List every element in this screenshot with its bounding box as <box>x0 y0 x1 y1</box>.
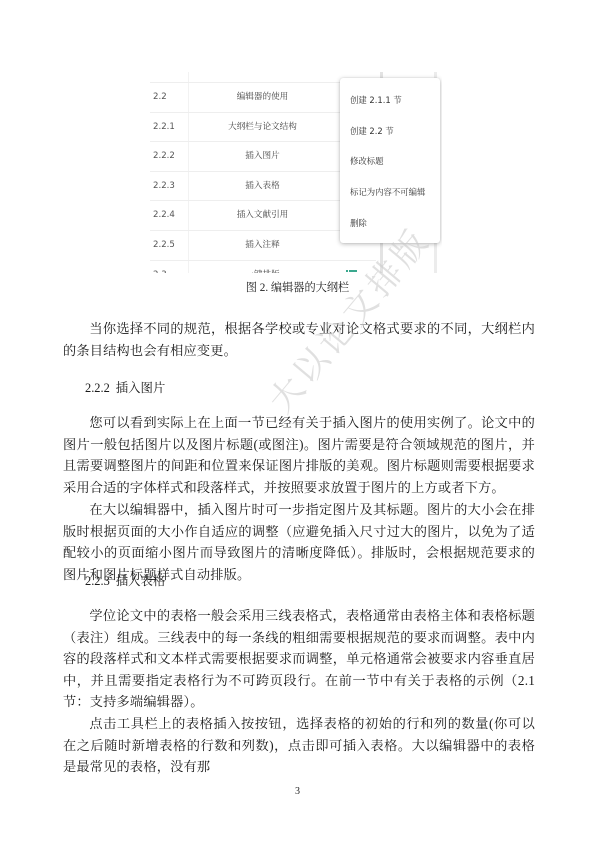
paragraph-table-insert: 点击工具栏上的表格插入按按钮，选择表格的初始的行和列的数量(你可以在之后随时新增… <box>63 713 535 778</box>
outline-row-number: 2.3 <box>153 261 167 273</box>
outline-row-number: 2.2.4 <box>153 201 175 230</box>
section-number: 2.2.2 <box>85 381 110 395</box>
outline-row-title: 编辑器的使用 <box>190 83 335 112</box>
outline-row-title: 插入文献引用 <box>190 201 335 230</box>
outline-row-number: 2.2.1 <box>153 113 175 142</box>
section-title: 插入表格 <box>116 574 166 588</box>
outline-row-title: 一键排版 <box>190 261 335 273</box>
outline-row-title: 插入图片 <box>190 142 335 171</box>
section-title: 插入图片 <box>116 381 166 395</box>
menu-item-delete[interactable]: 删除 <box>350 217 367 229</box>
outline-row[interactable]: 2.3 一键排版 <box>150 260 376 273</box>
outline-screenshot-figure: 2.2 编辑器的使用 2.2.1 大纲栏与论文结构 2.2.2 插入图片 2.2… <box>150 72 442 273</box>
menu-item-mark-readonly[interactable]: 标记为内容不可编辑 <box>350 186 425 198</box>
section-heading-2-2-3: 2.2.3插入表格 <box>85 571 165 589</box>
section-number: 2.2.3 <box>85 574 110 588</box>
paragraph-image-intro: 您可以看到实际上在上面一节已经有关于插入图片的使用实例了。论文中的图片一般包括图… <box>63 412 535 498</box>
menu-item-create-2-1-1[interactable]: 创建 2.1.1 节 <box>350 94 402 106</box>
outline-row-number: 2.2.3 <box>153 172 175 201</box>
section-heading-2-2-2: 2.2.2插入图片 <box>85 378 165 396</box>
list-icon[interactable] <box>346 270 357 273</box>
outline-row-title: 插入表格 <box>190 172 335 201</box>
menu-item-rename-title[interactable]: 修改标题 <box>350 155 384 167</box>
menu-item-create-2-2[interactable]: 创建 2.2 节 <box>350 125 394 137</box>
outline-row-title: 插入注释 <box>190 231 335 260</box>
outline-row-title: 大纲栏与论文结构 <box>190 113 335 142</box>
page-number: 3 <box>0 786 595 797</box>
outline-row-number: 2.2 <box>153 83 167 112</box>
paragraph-outline-change: 当你选择不同的规范，根据各学校或专业对论文格式要求的不同，大纲栏内的条目结构也会… <box>63 318 535 361</box>
outline-context-menu: 创建 2.1.1 节 创建 2.2 节 修改标题 标记为内容不可编辑 删除 <box>340 78 440 243</box>
outline-row-number: 2.2.5 <box>153 231 175 260</box>
figure-caption: 图 2. 编辑器的大纲栏 <box>0 279 595 295</box>
outline-row-number: 2.2.2 <box>153 142 175 171</box>
paragraph-table-intro: 学位论文中的表格一般会采用三线表格式，表格通常由表格主体和表格标题（表注）组成。… <box>63 605 535 713</box>
